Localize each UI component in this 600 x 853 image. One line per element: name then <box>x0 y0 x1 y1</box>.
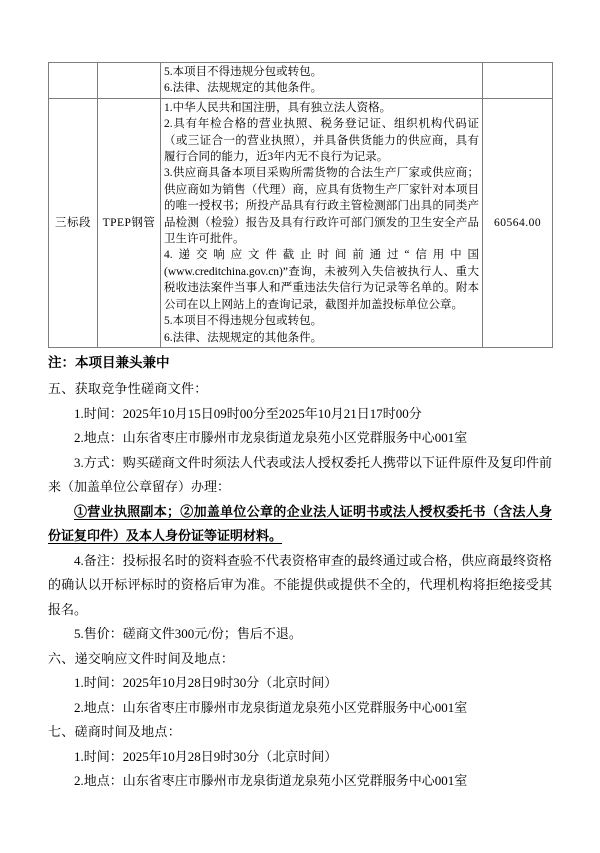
table-row-continuation: 5.本项目不得违规分包或转包。 6.法律、法规规定的其他条件。 <box>49 63 553 99</box>
section-5-item-method: 3.方式：购买磋商文件时须法人代表或法人授权委托人携带以下证件原件及复印件前来（… <box>48 451 552 500</box>
cell-section-name: 三标段 <box>49 98 98 347</box>
cell-product-name: TPEP钢管 <box>98 98 161 347</box>
section-title-7: 七、磋商时间及地点： <box>48 720 552 745</box>
section-7-item-location: 2.地点：山东省枣庄市滕州市龙泉街道龙泉苑小区党群服务中心001室 <box>48 769 552 794</box>
section-5-item-required-documents: ①营业执照副本；②加盖单位公章的企业法人证明书或法人授权委托书（含法人身份证复印… <box>48 500 552 549</box>
cell-amount-empty <box>483 63 553 99</box>
section-title-5: 五、获取竞争性磋商文件： <box>48 377 552 402</box>
notice-body: 注：本项目兼头兼中 五、获取竞争性磋商文件： 1.时间：2025年10月15日0… <box>48 351 552 794</box>
condition-item: 3.供应商具备本项目采购所需货物的合法生产厂家或供应商；供应商如为销售（代理）商… <box>164 165 479 247</box>
condition-item: 5.本项目不得违规分包或转包。 <box>164 64 479 80</box>
cell-amount-value: 60564.00 <box>483 98 553 347</box>
section-6-item-location: 2.地点：山东省枣庄市滕州市龙泉街道龙泉苑小区党群服务中心001室 <box>48 696 552 721</box>
condition-item: 1.中华人民共和国注册，具有独立法人资格。 <box>164 100 479 116</box>
cell-section-empty <box>49 63 98 99</box>
section-5-item-price: 5.售价：磋商文件300元/份；售后不退。 <box>48 622 552 647</box>
condition-item: 2.具有年检合格的营业执照、税务登记证、组织机构代码证（或三证合一的营业执照），… <box>164 116 479 165</box>
section-7-item-time: 1.时间：2025年10月28日9时30分（北京时间） <box>48 745 552 770</box>
condition-item: 6.法律、法规规定的其他条件。 <box>164 330 479 346</box>
table-row-section-3: 三标段 TPEP钢管 1.中华人民共和国注册，具有独立法人资格。 2.具有年检合… <box>49 98 553 347</box>
condition-item: 6.法律、法规规定的其他条件。 <box>164 80 479 96</box>
document-page: 5.本项目不得违规分包或转包。 6.法律、法规规定的其他条件。 三标段 TPEP… <box>0 0 600 853</box>
cell-product-empty <box>98 63 161 99</box>
section-title-6: 六、递交响应文件时间及地点： <box>48 647 552 672</box>
section-6-item-time: 1.时间：2025年10月28日9时30分（北京时间） <box>48 671 552 696</box>
section-5-item-time: 1.时间：2025年10月15日09时00分至2025年10月21日17时00分 <box>48 402 552 427</box>
project-note: 注：本项目兼头兼中 <box>48 351 552 376</box>
condition-item: 5.本项目不得违规分包或转包。 <box>164 313 479 329</box>
cell-conditions-continuation: 5.本项目不得违规分包或转包。 6.法律、法规规定的其他条件。 <box>161 63 483 99</box>
condition-item: 4.递交响应文件截止时间前通过“信用中国(www.creditchina.gov… <box>164 247 479 313</box>
cell-conditions-list: 1.中华人民共和国注册，具有独立法人资格。 2.具有年检合格的营业执照、税务登记… <box>161 98 483 347</box>
section-5-item-remark: 4.备注：投标报名时的资料查验不代表资格审查的最终通过或合格，供应商最终资格的确… <box>48 549 552 623</box>
section-5-item-location: 2.地点：山东省枣庄市滕州市龙泉街道龙泉苑小区党群服务中心001室 <box>48 426 552 451</box>
qualification-table: 5.本项目不得违规分包或转包。 6.法律、法规规定的其他条件。 三标段 TPEP… <box>48 62 553 348</box>
